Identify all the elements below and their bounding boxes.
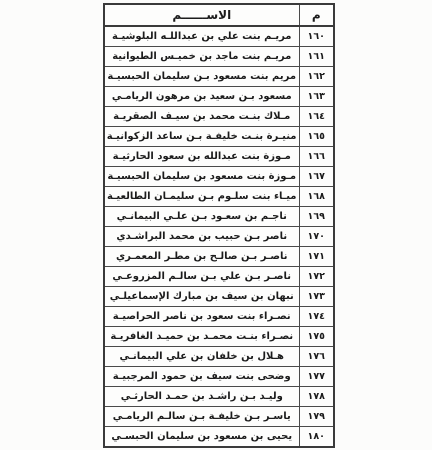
row-name: وضحى بنت سيف بن حمود المرجبيـة — [104, 367, 299, 387]
row-number: ١٦٦ — [299, 147, 334, 167]
row-name: مريـم بنت علي بن عبداللـه البلوشيـة — [104, 26, 299, 47]
names-table: م الاســــــم ١٦٠ مريـم بنت علي بن عبدال… — [103, 3, 335, 448]
row-number: ١٧٠ — [299, 227, 334, 247]
table-row: ١٦٣ مسعود بـن سعيد بن مرهون الريامـي — [104, 87, 334, 107]
row-name: ناجـم بن سعـود بـن علـي البيمانـي — [104, 207, 299, 227]
column-header-name: الاســــــم — [104, 4, 299, 26]
row-name: منيـرة بنـت خليفـة بـن ساعد الزكوانيـة — [104, 127, 299, 147]
row-name: ناصـر بـن علي بـن سالـم المزروعـي — [104, 267, 299, 287]
table-row: ١٦١ مريـم بنت ماجد بن خميـس الطيوانية — [104, 47, 334, 67]
table-row: ١٦٤ مـلاك بنـت محمد بن سيـف الصقريـة — [104, 107, 334, 127]
row-number: ١٧٥ — [299, 327, 334, 347]
table-row: ١٧٣ نبهان بن سيف بن مبارك الإسماعيلـي — [104, 287, 334, 307]
row-number: ١٦٩ — [299, 207, 334, 227]
row-number: ١٧٩ — [299, 407, 334, 427]
table-row: ١٧٨ وليـد بـن راشـد بن حمـد الحارثـي — [104, 387, 334, 407]
row-number: ١٧٧ — [299, 367, 334, 387]
table-row: ١٧٦ هـلال بن خلفان بن علي البيمانـي — [104, 347, 334, 367]
row-name: نصـراء بنت سعود بن ناصر الحراصيـة — [104, 307, 299, 327]
table-row: ١٦٨ ميـاء بنت سلـوم بـن سليمـان الطالعيـ… — [104, 187, 334, 207]
scanned-document-page: م الاســــــم ١٦٠ مريـم بنت علي بن عبدال… — [0, 0, 432, 450]
row-name: مـلاك بنـت محمد بن سيـف الصقريـة — [104, 107, 299, 127]
row-name: ناصـر بـن صالـح بن مطـر المعمـري — [104, 247, 299, 267]
table-row: ١٦٥ منيـرة بنـت خليفـة بـن ساعد الزكواني… — [104, 127, 334, 147]
row-name: مريـم بنت ماجد بن خميـس الطيوانية — [104, 47, 299, 67]
row-number: ١٧١ — [299, 247, 334, 267]
table-header-row: م الاســــــم — [104, 4, 334, 26]
row-number: ١٦٣ — [299, 87, 334, 107]
table-row: ١٦٦ مـوزة بنت عبدالله بن سعود الحارثيـة — [104, 147, 334, 167]
row-name: ناصر بـن حبيب بن محمد البراشـدي — [104, 227, 299, 247]
row-name: وليـد بـن راشـد بن حمـد الحارثـي — [104, 387, 299, 407]
row-name: مسعود بـن سعيد بن مرهون الريامـي — [104, 87, 299, 107]
row-number: ١٨٠ — [299, 427, 334, 448]
row-name: مريم بنت مسعود بـن سليمان الحبسيـة — [104, 67, 299, 87]
column-header-number: م — [299, 4, 334, 26]
row-name: نبهان بن سيف بن مبارك الإسماعيلـي — [104, 287, 299, 307]
row-number: ١٧٤ — [299, 307, 334, 327]
row-number: ١٧٦ — [299, 347, 334, 367]
row-number: ١٧٨ — [299, 387, 334, 407]
table-row: ١٧٤ نصـراء بنت سعود بن ناصر الحراصيـة — [104, 307, 334, 327]
table-row: ١٦٩ ناجـم بن سعـود بـن علـي البيمانـي — [104, 207, 334, 227]
table-row: ١٧٥ نصـراء بنـت محمـد بن حميـد الغافريـة — [104, 327, 334, 347]
table-row: ١٧٠ ناصر بـن حبيب بن محمد البراشـدي — [104, 227, 334, 247]
row-number: ١٦٧ — [299, 167, 334, 187]
table-row: ١٦٧ مـوزة بنت مسعود بن سليمان الحبسيـة — [104, 167, 334, 187]
table-body: ١٦٠ مريـم بنت علي بن عبداللـه البلوشيـة … — [104, 26, 334, 447]
table-row: ١٨٠ يحيى بن مسعود بن سليمان الحبسـي — [104, 427, 334, 448]
row-number: ١٦٨ — [299, 187, 334, 207]
table-row: ١٦٠ مريـم بنت علي بن عبداللـه البلوشيـة — [104, 26, 334, 47]
row-number: ١٦١ — [299, 47, 334, 67]
row-number: ١٦٢ — [299, 67, 334, 87]
row-name: مـوزة بنت عبدالله بن سعود الحارثيـة — [104, 147, 299, 167]
row-number: ١٦٤ — [299, 107, 334, 127]
table-row: ١٧٧ وضحى بنت سيف بن حمود المرجبيـة — [104, 367, 334, 387]
row-name: يحيى بن مسعود بن سليمان الحبسـي — [104, 427, 299, 448]
row-name: ياسـر بـن خليفـة بـن سالـم الريامـي — [104, 407, 299, 427]
row-name: نصـراء بنـت محمـد بن حميـد الغافريـة — [104, 327, 299, 347]
row-number: ١٦٠ — [299, 26, 334, 47]
table-row: ١٦٢ مريم بنت مسعود بـن سليمان الحبسيـة — [104, 67, 334, 87]
row-name: هـلال بن خلفان بن علي البيمانـي — [104, 347, 299, 367]
row-number: ١٧٣ — [299, 287, 334, 307]
row-number: ١٧٢ — [299, 267, 334, 287]
table-row: ١٧٢ ناصـر بـن علي بـن سالـم المزروعـي — [104, 267, 334, 287]
row-name: مـوزة بنت مسعود بن سليمان الحبسيـة — [104, 167, 299, 187]
table-row: ١٧٩ ياسـر بـن خليفـة بـن سالـم الريامـي — [104, 407, 334, 427]
row-name: ميـاء بنت سلـوم بـن سليمـان الطالعيـة — [104, 187, 299, 207]
table-row: ١٧١ ناصـر بـن صالـح بن مطـر المعمـري — [104, 247, 334, 267]
row-number: ١٦٥ — [299, 127, 334, 147]
